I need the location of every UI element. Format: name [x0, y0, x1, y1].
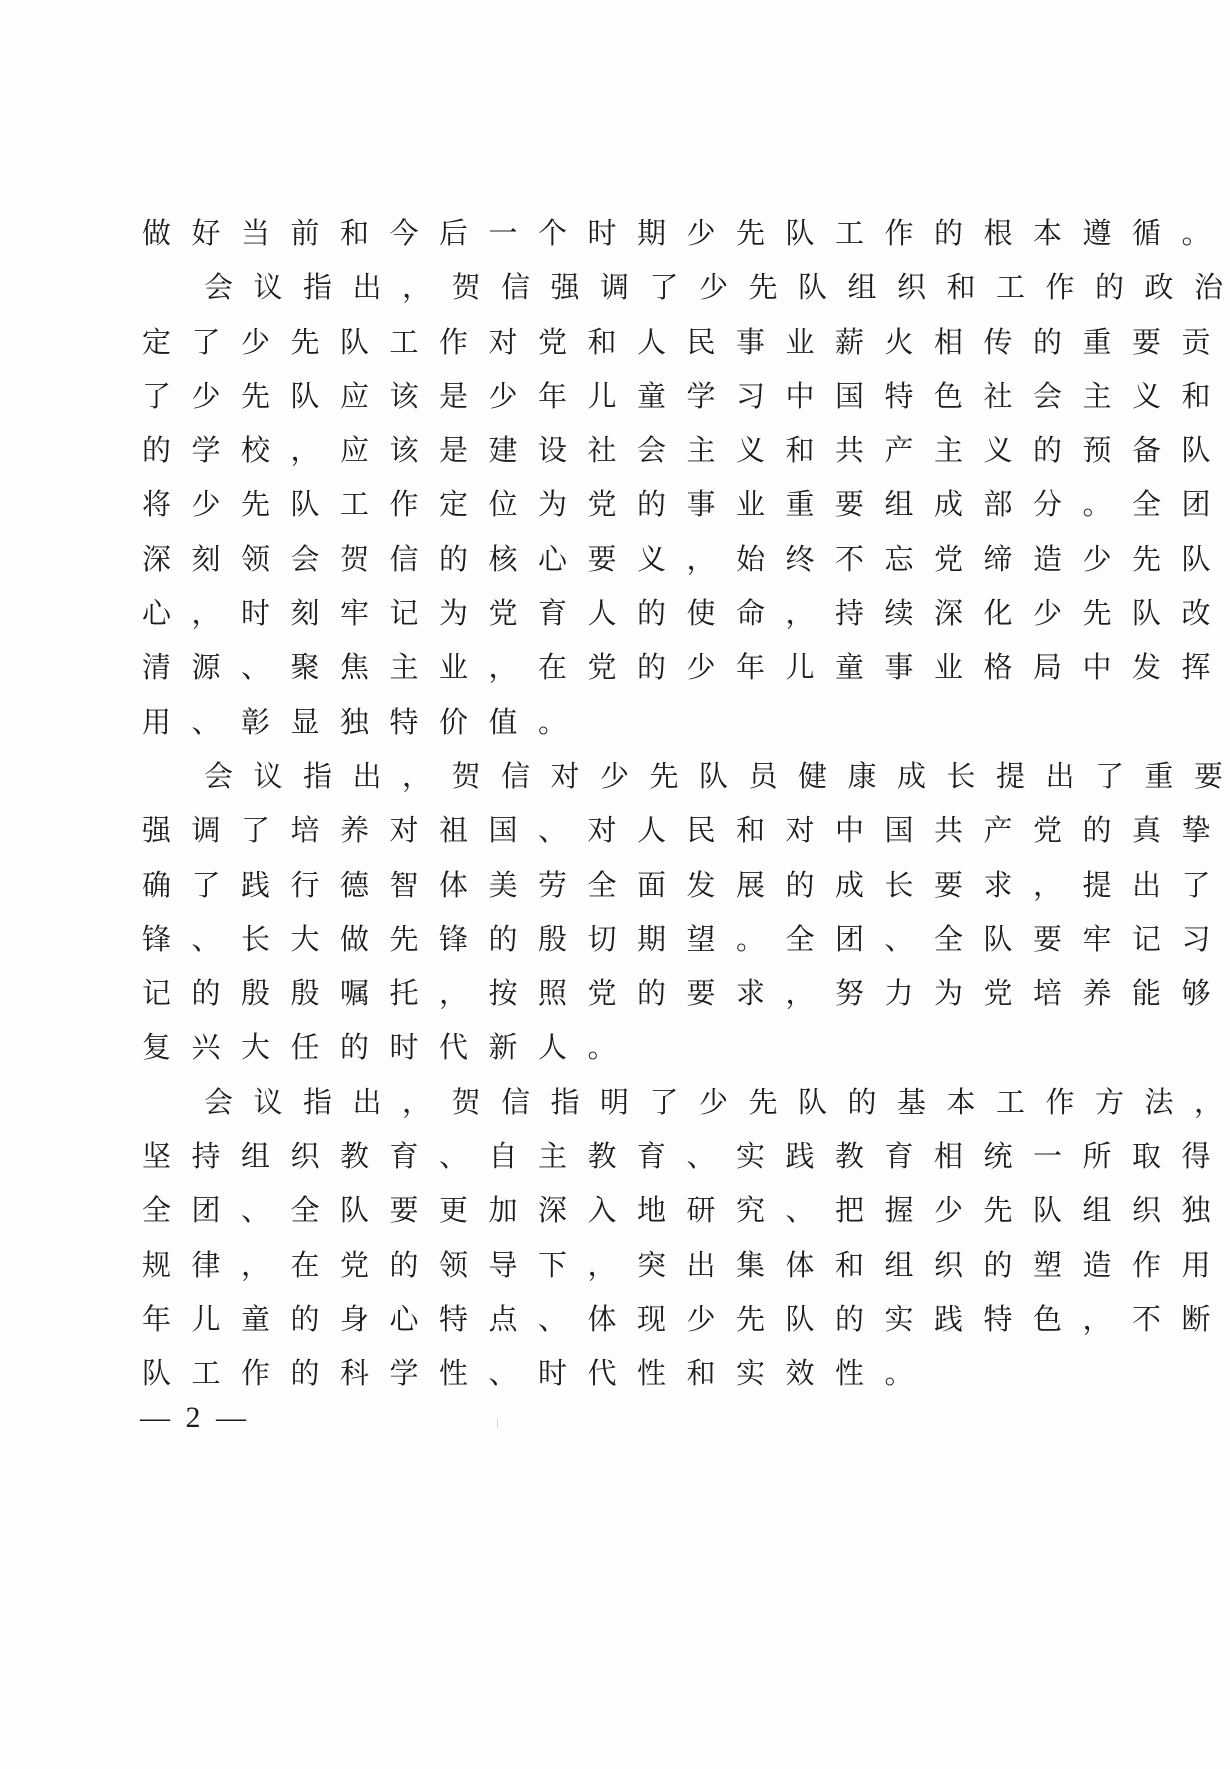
text-line: 复兴大任的时代新人。: [142, 1020, 972, 1074]
page-number: — 2 —: [140, 1400, 250, 1436]
text-line: 确了践行德智体美劳全面发展的成长要求，提出了从小学先: [142, 858, 972, 912]
text-line: 的学校，应该是建设社会主义和共产主义的预备队，鲜明地: [142, 423, 972, 477]
paragraph-first-line: 会议指出，贺信强调了少先队组织和工作的政治性，肯: [142, 260, 972, 314]
paragraph-first-line: 会议指出，贺信指明了少先队的基本工作方法，肯定了: [142, 1075, 972, 1129]
text-line: 锋、长大做先锋的殷切期望。全团、全队要牢记习近平总书: [142, 912, 972, 966]
text-line: 用、彰显独特价值。: [142, 695, 972, 749]
text-line: 记的殷殷嘱托，按照党的要求，努力为党培养能够担当民族: [142, 966, 972, 1020]
text-line: 心，时刻牢记为党育人的使命，持续深化少先队改革，正本: [142, 586, 972, 640]
text-line: 全团、全队要更加深入地研究、把握少先队组织独特的育人: [142, 1183, 972, 1237]
scan-artifact: [497, 1418, 498, 1428]
paragraph-first-line: 会议指出，贺信对少先队员健康成长提出了重要要求，: [142, 749, 972, 803]
text-line: 了少先队应该是少年儿童学习中国特色社会主义和共产主义: [142, 369, 972, 423]
text-line: 将少先队工作定位为党的事业重要组成部分。全团、全队要: [142, 477, 972, 531]
text-line: 强调了培养对祖国、对人民和对中国共产党的真挚情感，明: [142, 803, 972, 857]
text-line: 年儿童的身心特点、体现少先队的实践特色，不断提高少先: [142, 1292, 972, 1346]
text-line: 定了少先队工作对党和人民事业薪火相传的重要贡献，强调: [142, 315, 972, 369]
text-line: 规律，在党的领导下，突出集体和组织的塑造作用、尊重少: [142, 1238, 972, 1292]
text-line: 清源、聚焦主业，在党的少年儿童事业格局中发挥积极作: [142, 640, 972, 694]
text-line: 队工作的科学性、时代性和实效性。: [142, 1346, 972, 1400]
text-line: 做好当前和今后一个时期少先队工作的根本遵循。: [142, 206, 972, 260]
body-text: 做好当前和今后一个时期少先队工作的根本遵循。 会议指出，贺信强调了少先队组织和工…: [142, 206, 972, 1401]
document-page: 做好当前和今后一个时期少先队工作的根本遵循。 会议指出，贺信强调了少先队组织和工…: [0, 0, 1230, 1769]
text-line: 深刻领会贺信的核心要义，始终不忘党缔造少先队组织的初: [142, 532, 972, 586]
text-line: 坚持组织教育、自主教育、实践教育相统一所取得的成果。: [142, 1129, 972, 1183]
